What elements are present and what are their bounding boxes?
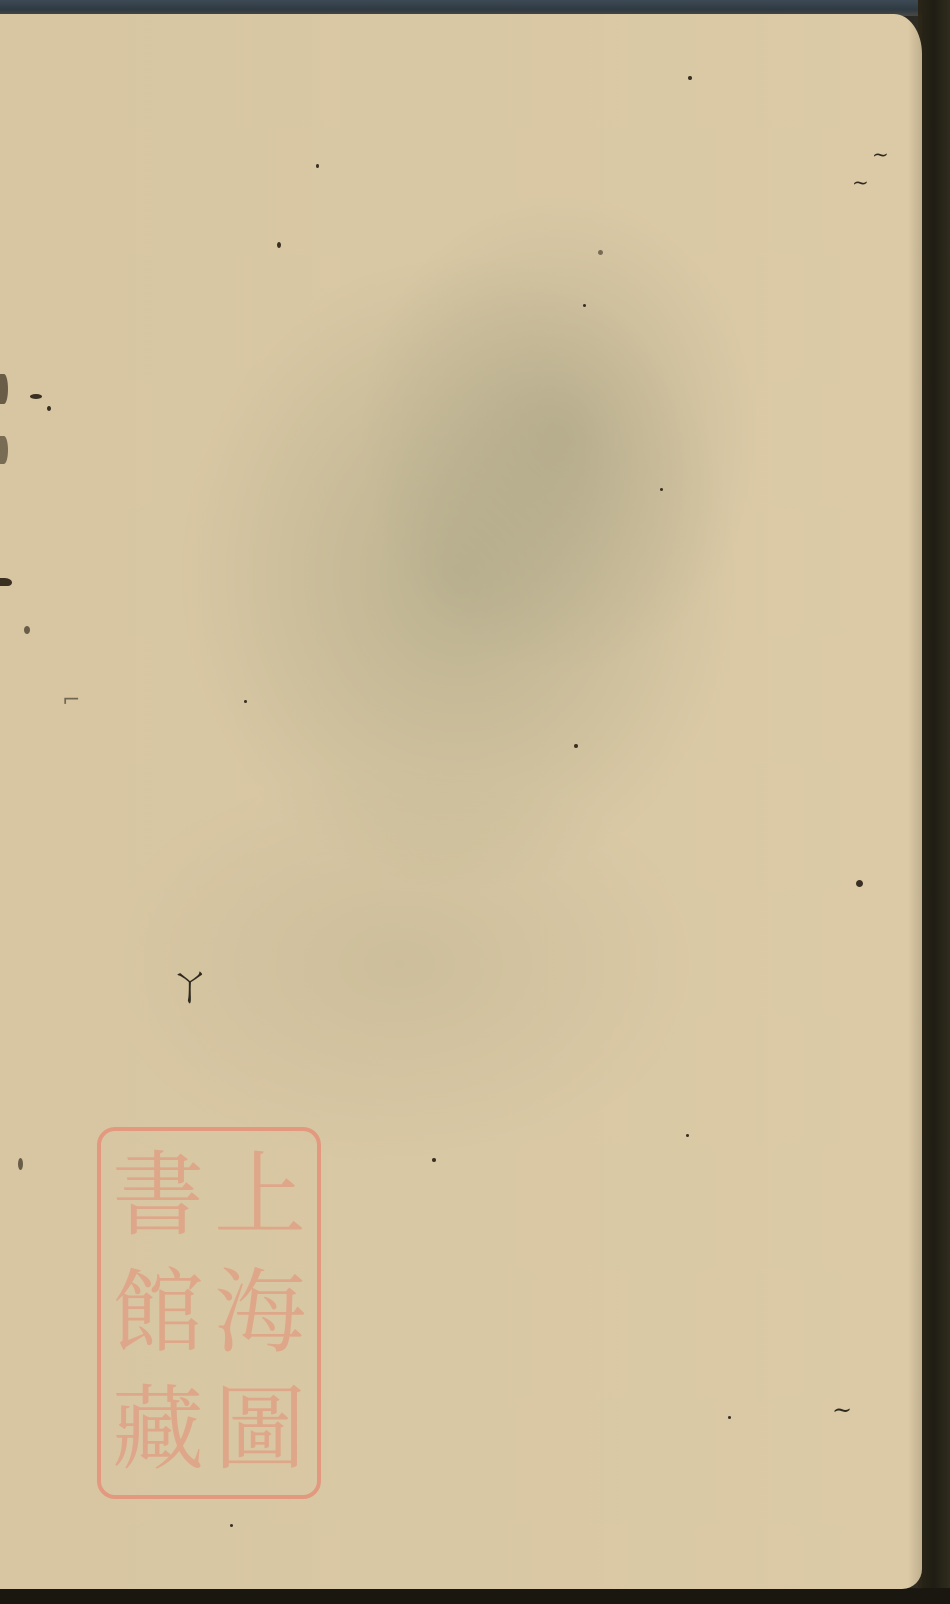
ink-speck	[316, 164, 319, 168]
seal-character: 藏	[107, 1372, 209, 1489]
right-spine-edge	[918, 0, 950, 1604]
ink-stroke-mark: ~	[832, 1398, 852, 1422]
ink-speck	[244, 700, 247, 703]
ink-speck	[30, 394, 42, 399]
ink-speck	[583, 304, 586, 307]
ink-stroke-mark: ~	[872, 144, 889, 164]
ink-speck	[0, 436, 8, 464]
seal-character: 書	[107, 1137, 209, 1254]
ink-speck	[728, 1416, 731, 1419]
ink-stroke-mark: ~	[852, 172, 869, 192]
ink-speck	[688, 76, 692, 80]
ink-speck	[686, 1134, 689, 1137]
ink-speck	[856, 880, 863, 887]
seal-character: 海	[209, 1254, 311, 1371]
ink-speck	[0, 374, 8, 404]
bottom-cover-edge	[0, 1588, 950, 1604]
ink-speck	[277, 242, 281, 248]
ink-speck	[598, 250, 603, 255]
seal-character: 館	[107, 1254, 209, 1371]
ink-speck	[18, 1158, 23, 1170]
ink-speck	[24, 626, 30, 634]
ink-speck	[0, 578, 12, 586]
ink-speck	[574, 744, 578, 748]
ink-stroke-mark: ⌐	[62, 690, 80, 712]
library-seal-stamp: 上 海 圖 書 館 藏	[97, 1127, 321, 1499]
ink-speck	[660, 488, 663, 491]
ink-speck	[432, 1158, 436, 1162]
seal-character: 上	[209, 1137, 311, 1254]
seal-character: 圖	[209, 1372, 311, 1489]
ink-speck	[230, 1524, 233, 1527]
ink-speck	[47, 406, 51, 411]
ink-stroke-mark: ㄚ	[168, 964, 212, 1008]
book-page: ㄚ ~ ~ ~ ⌐ 上 海 圖 書 館 藏	[0, 14, 922, 1589]
